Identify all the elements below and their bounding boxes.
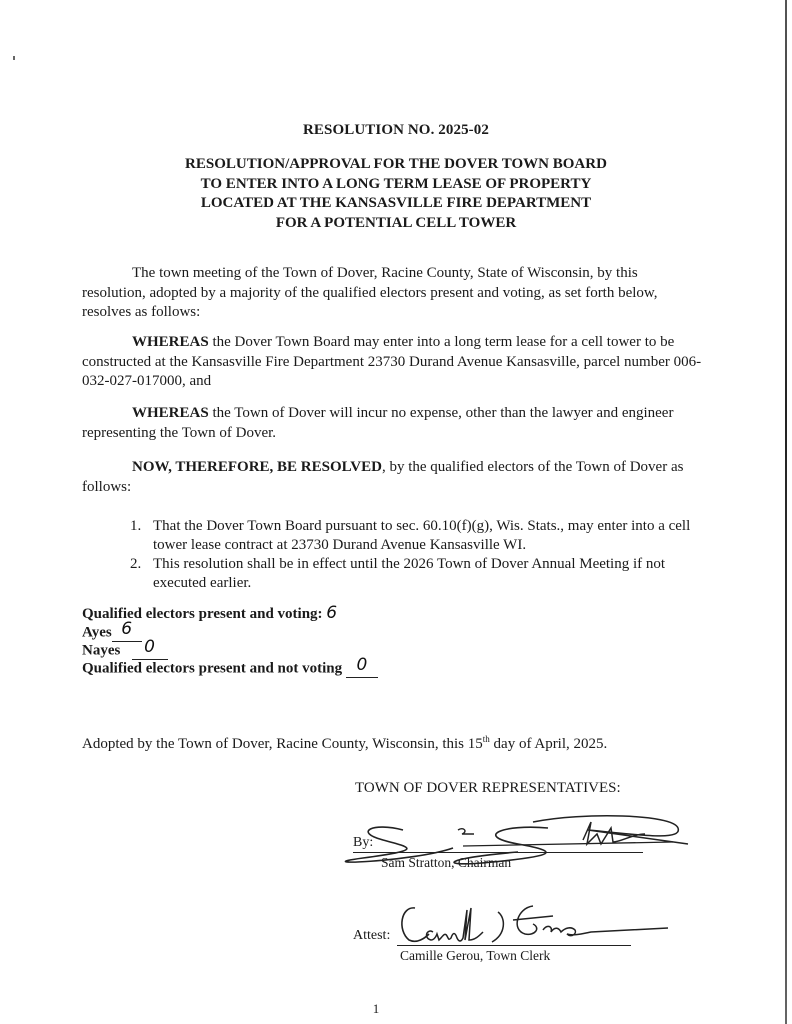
signature-scribble-icon [343,810,703,870]
title-line: LOCATED AT THE KANSASVILLE FIRE DEPARTME… [0,194,792,214]
page-number: 1 [0,1001,752,1017]
not-voting-value: 0 [346,657,378,675]
resolution-title: RESOLUTION/APPROVAL FOR THE DOVER TOWN B… [0,155,792,233]
intro-text: The town meeting of the Town of Dover, R… [82,265,658,320]
ayes-row: Ayes6 [82,624,378,642]
attest-label: Attest: [353,928,390,944]
nayes-value: 0 [132,639,168,657]
signature-scribble-icon [393,900,713,952]
whereas-paragraph-2: WHEREAS the Town of Dover will incur no … [82,404,702,443]
title-line: RESOLUTION/APPROVAL FOR THE DOVER TOWN B… [0,155,792,175]
list-item: 1.That the Dover Town Board pursuant to … [130,517,710,555]
title-line: FOR A POTENTIAL CELL TOWER [0,214,792,234]
representatives-heading: TOWN OF DOVER REPRESENTATIVES: [355,780,621,797]
present-voting-value: 6 [326,605,337,623]
title-line: TO ENTER INTO A LONG TERM LEASE OF PROPE… [0,175,792,195]
whereas-paragraph-1: WHEREAS the Dover Town Board may enter i… [82,333,702,392]
scan-edge-line [785,0,787,1024]
vote-tally: Qualified electors present and voting: 6… [82,605,378,678]
resolved-paragraph: NOW, THEREFORE, BE RESOLVED, by the qual… [82,458,702,497]
whereas-lead: WHEREAS [132,405,209,421]
ayes-value: 6 [112,621,142,639]
resolved-lead: NOW, THEREFORE, BE RESOLVED [132,459,382,475]
not-voting-row: Qualified electors present and not votin… [82,660,378,678]
scan-speck [13,56,15,60]
adoption-statement: Adopted by the Town of Dover, Racine Cou… [82,730,607,754]
document-page: RESOLUTION NO. 2025-02 RESOLUTION/APPROV… [0,0,792,1024]
resolution-number: RESOLUTION NO. 2025-02 [0,122,792,139]
whereas-lead: WHEREAS [132,334,209,350]
intro-paragraph: The town meeting of the Town of Dover, R… [82,264,702,323]
list-item: 2.This resolution shall be in effect unt… [130,555,710,593]
nayes-row: Nayes 0 [82,642,378,660]
resolution-items: 1.That the Dover Town Board pursuant to … [130,517,710,593]
